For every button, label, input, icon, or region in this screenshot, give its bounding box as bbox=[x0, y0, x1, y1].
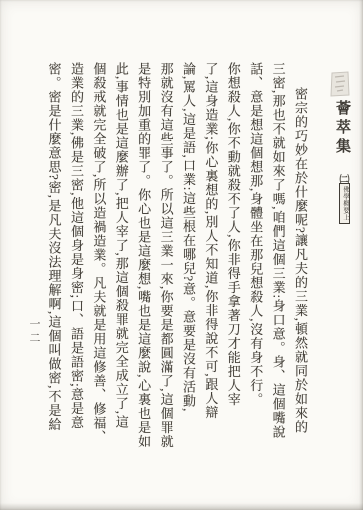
text-column: 密宗的巧妙在於什麼呢?讓凡夫的三業,頓然就同於如來的 bbox=[289, 62, 311, 474]
text-column: 密。密是什麼意思?密,是凡夫沒法理解啊,這個叫做密,不是給 bbox=[42, 62, 64, 474]
series-label-box: 佛學概要上 bbox=[339, 183, 350, 224]
text-column: 話、意是想這個想那,身體坐在那兒想殺人,沒有身不行。 bbox=[244, 62, 266, 474]
text-column: 此,事情也是這麼辦了,把人宰了,那這個殺罪就完全成立了,這 bbox=[109, 62, 131, 474]
book-title: 薈萃集 bbox=[334, 100, 350, 157]
text-column: 造業的三業,佛是三密,他這個身是身密;口、語是語密;意是意 bbox=[65, 62, 87, 474]
body-text: 密宗的巧妙在於什麼呢?讓凡夫的三業,頓然就同於如來的 三密,那也不就如來了嗎,咱… bbox=[42, 62, 311, 474]
series-label: 佛學概要上 bbox=[342, 186, 349, 221]
text-column: 個殺戒就完全破了,所以造禍造業。凡夫就是用這修善、修福、 bbox=[87, 62, 109, 474]
scan-edge-shadow-bottom bbox=[0, 503, 363, 510]
text-column: 是特別加重的罪了。你心也是這麼想,嘴也是這麼說,心裏也是如 bbox=[132, 62, 154, 474]
page-number: 一二 bbox=[26, 318, 42, 346]
scan-edge-shadow-right bbox=[359, 0, 363, 510]
text-column: 你想殺人,你不動就殺不了人,你非得手拿著刀才能把人宰 bbox=[221, 62, 243, 474]
text-column: 那就沒有這些事了。所以這三業一來,你要是都圓滿了,這個罪就 bbox=[154, 62, 176, 474]
text-column: 論,罵人,這是語,口業:這些根在哪兒?意。意要是沒有活動, bbox=[177, 62, 199, 474]
title-block: 薈萃集 ㈡ bbox=[332, 100, 353, 184]
seal-stamp-icon bbox=[329, 70, 351, 98]
book-page: 薈萃集 ㈡ 佛學概要上 密宗的巧妙在於什麼呢?讓凡夫的三業,頓然就同於如來的 三… bbox=[0, 0, 363, 510]
text-column: 了,這身造業;你心裏想的,別人不知道,你非得說不可,跟人辯 bbox=[199, 62, 221, 474]
text-column: 三密,那也不就如來了嗎,咱們這個三業:身口意。身、這個嘴說 bbox=[266, 62, 288, 474]
